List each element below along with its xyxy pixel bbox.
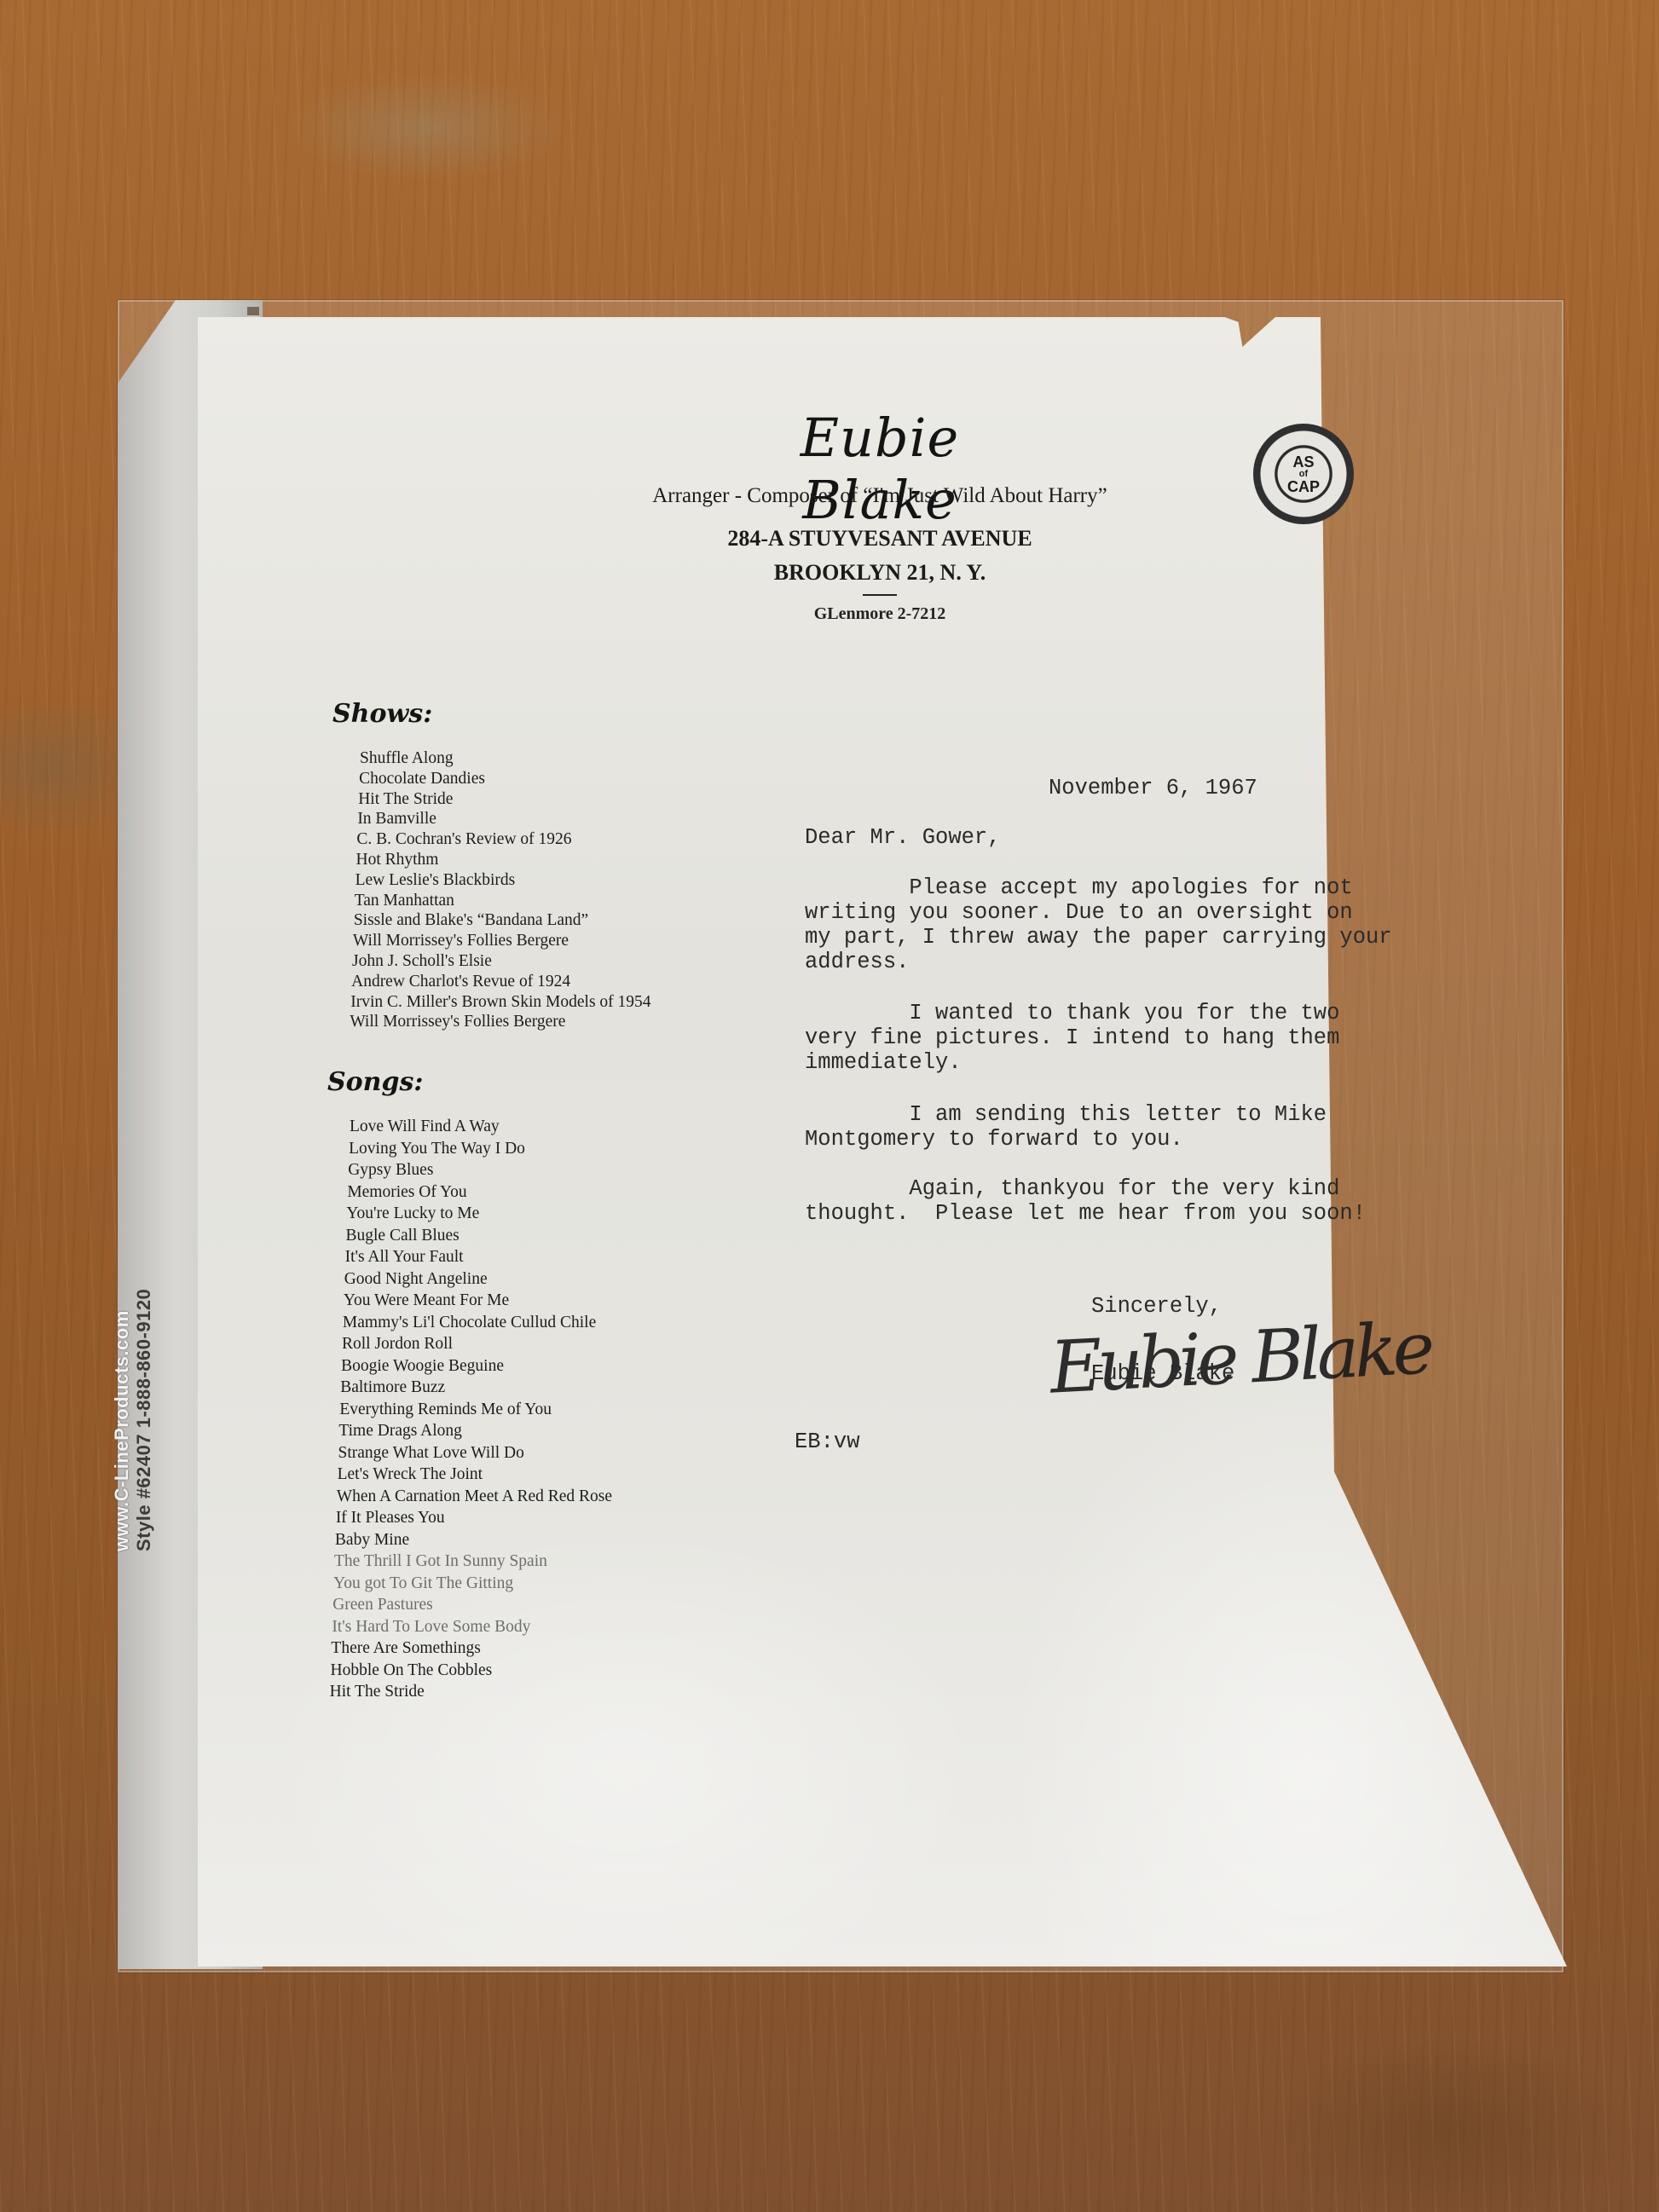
seal-text: AS of CAP <box>1253 454 1354 494</box>
list-item: Memories Of You <box>347 1181 612 1204</box>
protector-style-number: Style #62407 1-888-860-9120 <box>133 1210 155 1551</box>
list-item: It's Hard To Love Some Body <box>332 1616 612 1638</box>
list-item: Hot Rhythm <box>356 850 651 870</box>
shows-list: Shuffle AlongChocolate DandiesHit The St… <box>360 748 651 1032</box>
list-item: Roll Jordon Roll <box>342 1333 612 1355</box>
letter-paragraph-1: Please accept my apologies for not writi… <box>805 875 1392 974</box>
list-item: Andrew Charlot's Revue of 1924 <box>351 972 650 992</box>
letterhead-divider <box>863 594 897 596</box>
list-item: Strange What Love Will Do <box>338 1442 613 1464</box>
songs-heading: Songs: <box>327 1067 423 1097</box>
list-item: Love Will Find A Way <box>350 1116 612 1138</box>
address-street: 284-A STUYVESANT AVENUE <box>675 522 1084 556</box>
list-item: Mammy's Li'l Chocolate Cullud Chile <box>343 1312 612 1334</box>
list-item: Chocolate Dandies <box>359 769 650 789</box>
protector-brand-text: www.C-LineProducts.com Style #62407 1-88… <box>111 1210 155 1551</box>
address-city: BROOKLYN 21, N. Y. <box>675 556 1084 590</box>
reference-initials: EB:vw <box>795 1429 860 1454</box>
letterhead-phone: GLenmore 2-7212 <box>726 604 1033 624</box>
letter-paragraph-2: I wanted to thank you for the two very f… <box>805 1001 1339 1075</box>
list-item: Will Morrissey's Follies Bergere <box>350 1012 650 1032</box>
letter-closing: Sincerely, <box>1091 1294 1222 1319</box>
list-item: Everything Reminds Me of You <box>339 1399 612 1421</box>
letterhead-name: Eubie Blake <box>743 407 1016 531</box>
letter-paragraph-3: I am sending this letter to Mike Montgom… <box>805 1102 1327 1152</box>
list-item: John J. Scholl's Elsie <box>352 951 651 972</box>
list-item: Shuffle Along <box>360 748 651 769</box>
list-item: Time Drags Along <box>338 1420 612 1442</box>
letter-content: Eubie Blake Arranger - Composer of “I'm … <box>198 317 1567 1967</box>
list-item: If It Pleases You <box>336 1507 612 1529</box>
letter-paragraph-4: Again, thankyou for the very kind though… <box>805 1176 1366 1226</box>
list-item: Irvin C. Miller's Brown Skin Models of 1… <box>350 992 650 1013</box>
list-item: Tan Manhattan <box>355 891 651 911</box>
list-item: In Bamville <box>357 809 650 829</box>
list-item: The Thrill I Got In Sunny Spain <box>334 1551 612 1573</box>
list-item: Baby Mine <box>335 1529 612 1551</box>
list-item: Hit The Stride <box>358 789 650 810</box>
songs-list: Love Will Find A WayLoving You The Way I… <box>350 1116 612 1703</box>
letter-salutation: Dear Mr. Gower, <box>805 825 1001 850</box>
list-item: Green Pastures <box>332 1594 612 1616</box>
list-item: Baltimore Buzz <box>340 1377 612 1399</box>
typed-signer-name: Eubie Blake <box>1091 1361 1234 1386</box>
list-item: When A Carnation Meet A Red Red Rose <box>337 1486 612 1508</box>
protector-url: www.C-LineProducts.com <box>111 1210 133 1551</box>
list-item: Loving You The Way I Do <box>349 1138 612 1160</box>
list-item: Sissle and Blake's “Bandana Land” <box>354 910 651 931</box>
letter-date: November 6, 1967 <box>1049 776 1257 800</box>
list-item: You Were Meant For Me <box>344 1290 612 1312</box>
list-item: Good Night Angeline <box>344 1268 612 1291</box>
list-item: Gypsy Blues <box>348 1159 612 1181</box>
ascap-seal-icon: AS of CAP <box>1253 424 1354 524</box>
list-item: Bugle Call Blues <box>346 1225 613 1247</box>
list-item: It's All Your Fault <box>345 1246 612 1268</box>
shows-heading: Shows: <box>332 699 432 729</box>
list-item: Let's Wreck The Joint <box>338 1464 612 1486</box>
list-item: C. B. Cochran's Review of 1926 <box>356 829 650 850</box>
list-item: There Are Somethings <box>331 1637 612 1660</box>
list-item: Hit The Stride <box>330 1681 612 1703</box>
list-item: Hobble On The Cobbles <box>331 1660 613 1682</box>
list-item: You got To Git The Gitting <box>333 1573 612 1595</box>
list-item: Boogie Woogie Beguine <box>341 1355 612 1377</box>
letterhead-address: 284-A STUYVESANT AVENUE BROOKLYN 21, N. … <box>675 522 1084 590</box>
letterhead-tagline: Arranger - Composer of “I'm Just Wild Ab… <box>590 484 1170 508</box>
list-item: You're Lucky to Me <box>346 1203 612 1225</box>
list-item: Will Morrissey's Follies Bergere <box>353 931 651 951</box>
list-item: Lew Leslie's Blackbirds <box>355 870 651 891</box>
